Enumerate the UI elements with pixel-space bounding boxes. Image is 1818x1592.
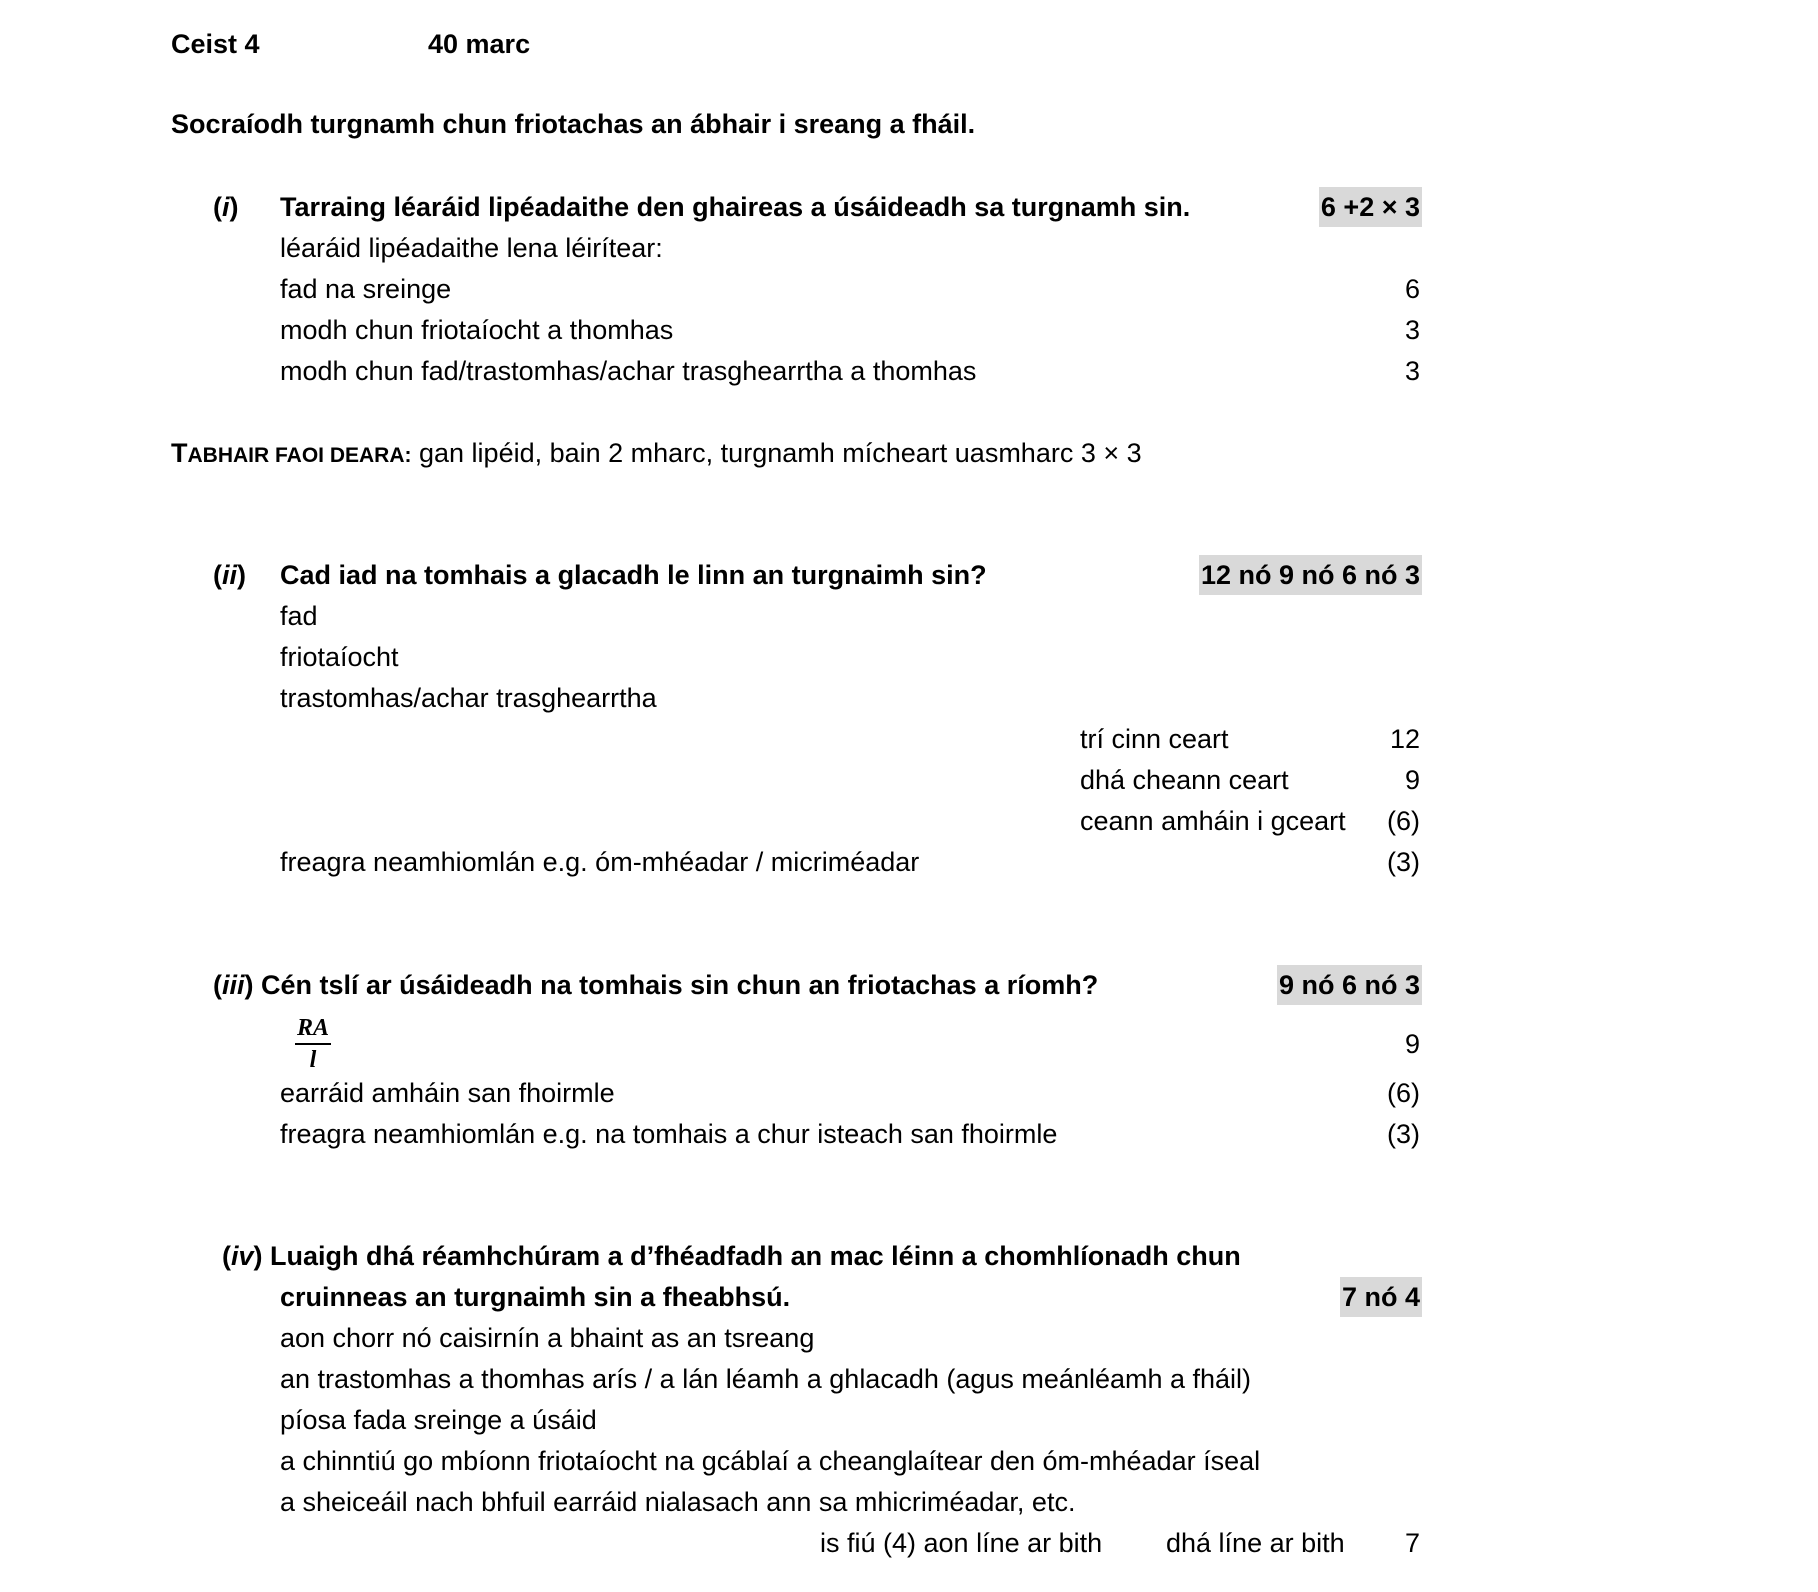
part-ii-partial-text: freagra neamhiomlán e.g. óm-mhéadar / mi… [280, 842, 919, 882]
part-ii-scheme-text: dhá cheann ceart [1080, 760, 1289, 800]
part-iii-heading: (iii) Cén tslí ar úsáideadh na tomhais s… [213, 965, 1098, 1005]
part-iv-question-line1: Luaigh dhá réamhchúram a d’fhéadfadh an … [270, 1241, 1241, 1271]
note: TABHAIR FAOI DEARA: gan lipéid, bain 2 m… [171, 433, 1142, 476]
part-ii-question: Cad iad na tomhais a glacadh le linn an … [280, 555, 987, 595]
part-i-marks: 6 +2 × 3 [1319, 187, 1422, 227]
part-i-item-text: fad na sreinge [280, 269, 451, 309]
question-label: Ceist 4 [171, 24, 260, 64]
intro-text: Socraíodh turgnamh chun friotachas an áb… [171, 104, 975, 144]
part-ii-marks: 12 nó 9 nó 6 nó 3 [1199, 555, 1422, 595]
part-iv-answer: an trastomhas a thomhas arís / a lán léa… [280, 1359, 1251, 1399]
part-ii-answer: fad [280, 596, 318, 636]
part-ii-answer: trastomhas/achar trasghearrtha [280, 678, 657, 718]
part-iv-answer: a sheiceáil nach bhfuil earráid nialasac… [280, 1482, 1075, 1522]
part-iii-item-mark: (3) [1387, 1114, 1420, 1154]
resistivity-formula: RA l [295, 1013, 331, 1075]
part-ii-scheme-text: ceann amháin i gceart [1080, 801, 1346, 841]
part-iii-item-text: freagra neamhiomlán e.g. na tomhais a ch… [280, 1114, 1057, 1154]
part-i-item-mark: 3 [1405, 310, 1420, 350]
part-iv-marks: 7 nó 4 [1340, 1277, 1422, 1317]
part-ii-scheme-text: trí cinn ceart [1080, 719, 1229, 759]
part-ii-partial-mark: (3) [1387, 842, 1420, 882]
part-ii-scheme-mark: 12 [1390, 719, 1420, 759]
formula-denominator: l [295, 1045, 331, 1075]
part-i-number: (i) [213, 187, 239, 227]
part-iv-answer: a chinntiú go mbíonn friotaíocht na gcáb… [280, 1441, 1260, 1481]
part-i-item-text: modh chun fad/trastomhas/achar trasghear… [280, 351, 976, 391]
part-ii-scheme-mark: (6) [1387, 801, 1420, 841]
part-iii-item-text: earráid amháin san fhoirmle [280, 1073, 615, 1113]
part-ii-scheme-mark: 9 [1405, 760, 1420, 800]
part-i-item-mark: 6 [1405, 269, 1420, 309]
part-i-question: Tarraing léaráid lipéadaithe den ghairea… [280, 187, 1190, 227]
part-iv-scheme-one-line: is fiú (4) aon líne ar bith [820, 1523, 1102, 1563]
part-iv-answer: píosa fada sreinge a úsáid [280, 1400, 597, 1440]
part-ii-answer: friotaíocht [280, 637, 399, 677]
part-i-lead: léaráid lipéadaithe lena léirítear: [280, 228, 663, 268]
part-iv-scheme-mark: 7 [1405, 1523, 1420, 1563]
part-iv-heading: (iv) Luaigh dhá réamhchúram a d’fhéadfad… [222, 1236, 1241, 1276]
part-iii-item-mark: (6) [1387, 1073, 1420, 1113]
part-iii-marks: 9 nó 6 nó 3 [1277, 965, 1422, 1005]
part-iv-answer: aon chorr nó caisirnín a bhaint as an ts… [280, 1318, 814, 1358]
total-marks: 40 marc [428, 24, 530, 64]
formula-numerator: RA [295, 1013, 331, 1045]
part-i-item-text: modh chun friotaíocht a thomhas [280, 310, 673, 350]
part-ii-number: (ii) [213, 555, 246, 595]
part-iv-scheme-two-lines: dhá líne ar bith [1166, 1523, 1345, 1563]
part-i-item-mark: 3 [1405, 351, 1420, 391]
part-iv-question-line2: cruinneas an turgnaimh sin a fheabhsú. [280, 1277, 790, 1317]
part-iii-question: Cén tslí ar úsáideadh na tomhais sin chu… [261, 970, 1098, 1000]
part-iii-formula-mark: 9 [1405, 1024, 1420, 1064]
